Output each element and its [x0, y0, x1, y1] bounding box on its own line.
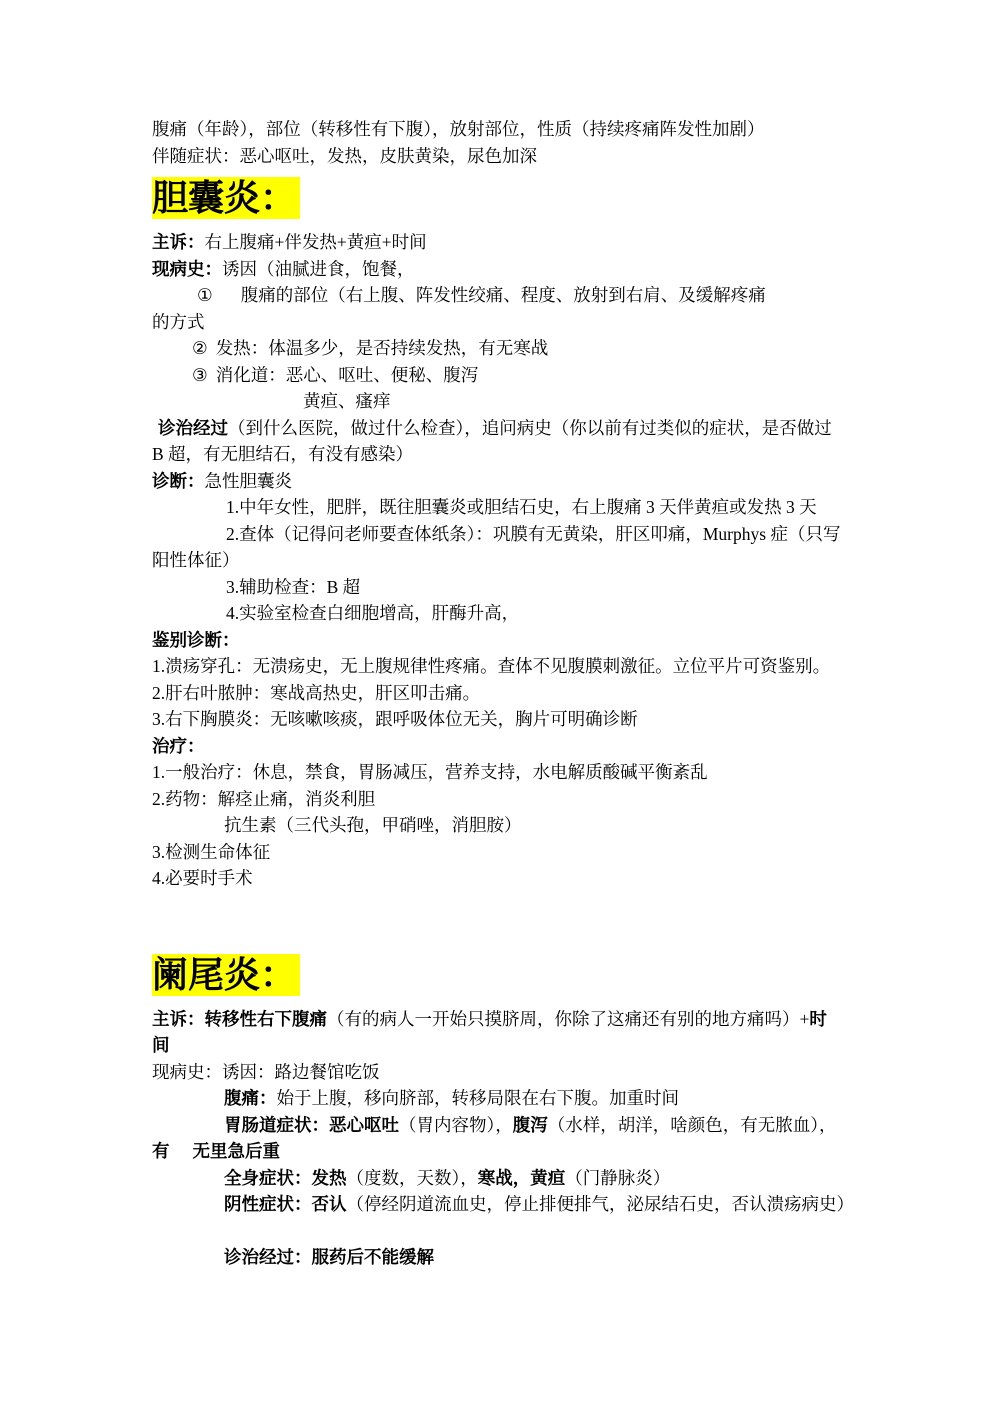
text-run: 腹痛的部位（右上腹、阵发性绞痛、程度、放射到右肩、及缓解疼痛: [241, 285, 766, 305]
text-run: （水样，胡洋，啥颜色，有无脓血），: [548, 1115, 837, 1135]
heading-appendicitis: 阑尾炎：: [152, 954, 873, 996]
bold-text-run: 腹泻: [513, 1115, 548, 1135]
bold-text-run: 时: [809, 1009, 827, 1029]
text-run: （门静脉炎）: [565, 1168, 670, 1188]
bold-text-run: 诊断：: [152, 471, 205, 491]
text-run: 阳性体征）: [152, 550, 240, 570]
differential-1: 1.溃疡穿孔：无溃疡史，无上腹规律性疼痛。查体不见腹膜刺激征。立位平片可资鉴别。: [152, 653, 873, 680]
tab-gap: [208, 380, 216, 381]
treatment-course-continuation: B 超，有无胆结石，有没有感染）: [152, 441, 873, 468]
section-gap: [152, 892, 873, 946]
gi-symptoms-line: 胃肠道症状：恶心呕吐（胃内容物），腹泻（水样，胡洋，啥颜色，有无脓血），: [152, 1112, 873, 1139]
bold-text-run: 主诉：: [152, 232, 205, 252]
text-run: 2.查体（记得问老师要查体纸条）：巩膜有无黄染，肝区叩痛，Murphys 症（只…: [226, 524, 840, 544]
bold-text-run: 诊治经过: [158, 418, 228, 438]
text-run: 1.中年女性，肥胖，既往胆囊炎或胆结石史，右上腹痛 3 天伴黄疸或发热 3 天: [226, 497, 817, 517]
bold-text-run: 有: [152, 1141, 170, 1161]
diagnosis-point-4: 4.实验室检查白细胞增高，肝酶升高，: [152, 600, 873, 627]
text-run: 4.必要时手术: [152, 868, 253, 888]
text-run: 1.溃疡穿孔：无溃疡史，无上腹规律性疼痛。查体不见腹膜刺激征。立位平片可资鉴别。: [152, 656, 830, 676]
text-run: 1.一般治疗：休息，禁食，胃肠减压，营养支持，水电解质酸碱平衡紊乱: [152, 762, 708, 782]
bold-text-run: 治疗：: [152, 736, 205, 756]
text-run: 现病史：诱因：路边餐馆吃饭: [152, 1062, 380, 1082]
text-run: ①: [197, 285, 213, 305]
text-run: 消化道：恶心、呕吐、便秘、腹泻: [216, 365, 479, 385]
bold-text-run: 否认: [312, 1194, 347, 1214]
text-run: 4.实验室检查白细胞增高，肝酶升高，: [226, 603, 519, 623]
item-1-pain-location: ①腹痛的部位（右上腹、阵发性绞痛、程度、放射到右肩、及缓解疼痛: [152, 282, 873, 309]
differential-3: 3.右下胸膜炎：无咳嗽咳痰，跟呼吸体位无关，胸片可明确诊断: [152, 706, 873, 733]
item-3-digestive: ③消化道：恶心、呕吐、便秘、腹泻: [152, 362, 873, 389]
diagnosis-point-1: 1.中年女性，肥胖，既往胆囊炎或胆结石史，右上腹痛 3 天伴黄疸或发热 3 天: [152, 494, 873, 521]
treatment-course-line-appendicitis: 诊治经过：服药后不能缓解: [152, 1244, 873, 1271]
text-run: 始于上腹，移向脐部，转移局限在右下腹。加重时间: [277, 1088, 680, 1108]
text-run: 右上腹痛+伴发热+黄疸+时间: [205, 232, 427, 252]
diagnosis-point-2: 2.查体（记得问老师要查体纸条）：巩膜有无黄染，肝区叩痛，Murphys 症（只…: [152, 521, 873, 548]
gi-symptoms-continuation: 有无里急后重: [152, 1138, 873, 1165]
bold-text-run: 胆囊炎：: [152, 178, 296, 218]
differential-diagnosis-heading: 鉴别诊断：: [152, 627, 873, 654]
bold-text-run: 全身症状：: [224, 1168, 312, 1188]
text-run: 急性胆囊炎: [205, 471, 293, 491]
heading-highlight: 胆囊炎：: [152, 177, 300, 219]
bold-text-run: 诊治经过：服药后不能缓解: [224, 1247, 434, 1267]
treatment-4: 4.必要时手术: [152, 865, 873, 892]
text-run: （到什么医院，做过什么检查），追问病史（你以前有过类似的症状，是否做过: [228, 418, 832, 438]
bold-text-run: 主诉：: [152, 1009, 205, 1029]
text-run: 3.右下胸膜炎：无咳嗽咳痰，跟呼吸体位无关，胸片可明确诊断: [152, 709, 638, 729]
text-run: 2.药物：解痉止痛，消炎利胆: [152, 789, 375, 809]
bold-text-run: 阴性症状：: [224, 1194, 312, 1214]
text-run: 发热：体温多少，是否持续发热，有无寒战: [216, 338, 549, 358]
text-run: ②: [192, 338, 208, 358]
intro-pain-line: 腹痛（年龄），部位（转移性有下腹），放射部位，性质（持续疼痛阵发性加剧）: [152, 116, 873, 143]
text-run: 伴随症状：恶心呕吐，发热，皮肤黄染，尿色加深: [152, 146, 537, 166]
systemic-symptoms-line: 全身症状：发热（度数，天数），寒战，黄疸（门静脉炎）: [152, 1165, 873, 1192]
diagnosis-point-3: 3.辅助检查：B 超: [152, 574, 873, 601]
tab-gap: [213, 300, 241, 301]
item-3-continuation: 黄疸、瘙痒: [152, 388, 873, 415]
bold-text-run: 腹痛：: [224, 1088, 277, 1108]
text-run: 抗生素（三代头孢，甲硝唑，消胆胺）: [224, 815, 522, 835]
intro-accompanying-symptoms-line: 伴随症状：恶心呕吐，发热，皮肤黄染，尿色加深: [152, 143, 873, 170]
heading-cholecystitis: 胆囊炎：: [152, 177, 873, 219]
text-run: 3.检测生命体征: [152, 842, 270, 862]
bold-text-run: 恶心呕吐: [329, 1115, 399, 1135]
item-2-fever: ②发热：体温多少，是否持续发热，有无寒战: [152, 335, 873, 362]
differential-2: 2.肝右叶脓肿：寒战高热史，肝区叩击痛。: [152, 680, 873, 707]
treatment-2-continuation: 抗生素（三代头孢，甲硝唑，消胆胺）: [152, 812, 873, 839]
bold-text-run: 胃肠道症状：: [224, 1115, 329, 1135]
treatment-3: 3.检测生命体征: [152, 839, 873, 866]
text-run: 2.肝右叶脓肿：寒战高热史，肝区叩击痛。: [152, 683, 480, 703]
bold-text-run: 阑尾炎：: [152, 955, 296, 995]
bold-text-run: 发热: [312, 1168, 347, 1188]
text-run: （有的病人一开始只摸脐周，你除了这痛还有别的地方痛吗）+: [327, 1009, 809, 1029]
diagnosis-line: 诊断：急性胆囊炎: [152, 468, 873, 495]
text-run: B 超，有无胆结石，有没有感染）: [152, 444, 413, 464]
treatment-1: 1.一般治疗：休息，禁食，胃肠减压，营养支持，水电解质酸碱平衡紊乱: [152, 759, 873, 786]
treatment-course-line: 诊治经过（到什么医院，做过什么检查），追问病史（你以前有过类似的症状，是否做过: [152, 415, 873, 442]
treatment-heading: 治疗：: [152, 733, 873, 760]
text-run: （停经阴道流血史，停止排便排气，泌尿结石史，否认溃疡病史）: [347, 1194, 855, 1214]
diagnosis-point-2-continuation: 阳性体征）: [152, 547, 873, 574]
abdominal-pain-line: 腹痛：始于上腹，移向脐部，转移局限在右下腹。加重时间: [152, 1085, 873, 1112]
document-page: 腹痛（年龄），部位（转移性有下腹），放射部位，性质（持续疼痛阵发性加剧）伴随症状…: [0, 0, 993, 1271]
bold-text-run: 鉴别诊断：: [152, 630, 240, 650]
negative-symptoms-line: 阴性症状：否认（停经阴道流血史，停止排便排气，泌尿结石史，否认溃疡病史）: [152, 1191, 873, 1218]
bold-text-run: 无里急后重: [193, 1141, 281, 1161]
chief-complaint-line-appendicitis: 主诉：转移性右下腹痛（有的病人一开始只摸脐周，你除了这痛还有别的地方痛吗）+时: [152, 1006, 873, 1033]
text-run: ③: [192, 365, 208, 385]
chief-complaint-continuation: 间: [152, 1032, 873, 1059]
empty-line: [152, 1218, 873, 1245]
text-run: （胃内容物），: [399, 1115, 513, 1135]
text-run: 的方式: [152, 312, 205, 332]
present-illness-line: 现病史：诱因（油腻进食，饱餐，: [152, 256, 873, 283]
present-illness-line-appendicitis: 现病史：诱因：路边餐馆吃饭: [152, 1059, 873, 1086]
chief-complaint-line: 主诉：右上腹痛+伴发热+黄疸+时间: [152, 229, 873, 256]
bold-text-run: 转移性右下腹痛: [205, 1009, 328, 1029]
item-1-continuation: 的方式: [152, 309, 873, 336]
text-run: 3.辅助检查：B 超: [226, 577, 360, 597]
text-run: 诱因（油腻进食，饱餐，: [222, 259, 415, 279]
bold-text-run: 寒战，黄疸: [478, 1168, 566, 1188]
treatment-2: 2.药物：解痉止痛，消炎利胆: [152, 786, 873, 813]
bold-text-run: 现病史：: [152, 259, 222, 279]
tab-gap: [208, 353, 216, 354]
tab-gap: [170, 1156, 193, 1157]
text-run: （度数，天数），: [347, 1168, 478, 1188]
bold-text-run: 间: [152, 1035, 170, 1055]
text-run: 腹痛（年龄），部位（转移性有下腹），放射部位，性质（持续疼痛阵发性加剧）: [152, 119, 765, 139]
heading-highlight: 阑尾炎：: [152, 954, 300, 996]
document-body: 腹痛（年龄），部位（转移性有下腹），放射部位，性质（持续疼痛阵发性加剧）伴随症状…: [152, 116, 873, 1271]
text-run: 黄疸、瘙痒: [303, 391, 391, 411]
